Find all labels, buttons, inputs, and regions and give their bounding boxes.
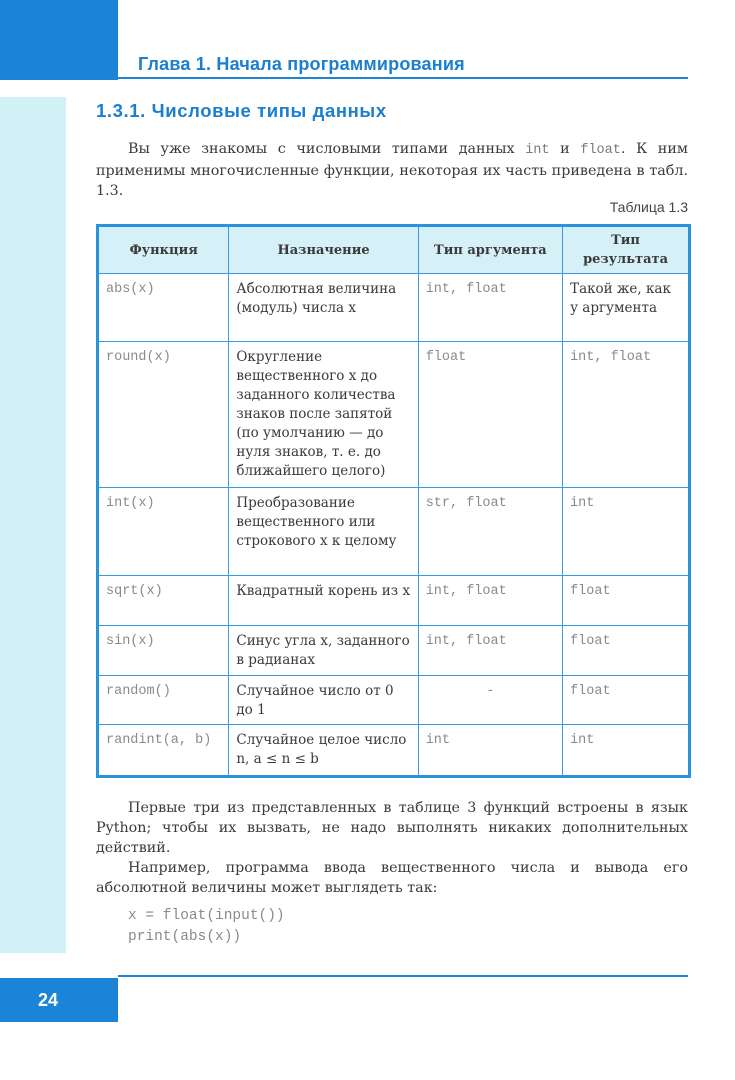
code-line: print(abs(x)) [128,927,285,948]
cell-result-type: float [563,576,690,626]
column-header-result-type: Тип результата [563,226,690,274]
cell-function: random() [98,676,229,725]
table-row: randint(a, b) Случайное целое число n, a… [98,725,690,777]
code-example: x = float(input())print(abs(x)) [128,906,285,948]
cell-purpose: Случайное число от 0 до 1 [229,676,418,725]
cell-function: randint(a, b) [98,725,229,777]
table-row: round(x) Округление вещественного x до з… [98,342,690,488]
cell-arg-type: float [418,342,562,488]
column-header-function: Функция [98,226,229,274]
cell-purpose: Преобразование вещественного или строков… [229,488,418,576]
intro-text: Вы уже знакомы с числовыми типами данных [128,141,525,157]
table-caption: Таблица 1.3 [610,199,688,215]
footer-divider [118,975,688,977]
page-number: 24 [0,978,96,1022]
paragraph-text: Например, программа ввода вещественного … [96,860,688,896]
cell-result-type: int [563,488,690,576]
cell-arg-type: int, float [418,274,562,342]
cell-arg-type: int, float [418,626,562,676]
column-header-purpose: Назначение [229,226,418,274]
cell-arg-type: int, float [418,576,562,626]
inline-code-float: float [580,143,621,158]
cell-purpose: Округление вещественного x до заданного … [229,342,418,488]
cell-purpose: Синус угла x, заданного в радианах [229,626,418,676]
chapter-tab-decoration [0,0,118,80]
cell-result-type: int, float [563,342,690,488]
side-strip-decoration [0,97,66,953]
cell-arg-type: int [418,725,562,777]
table-row: abs(x) Абсолютная величина (модуль) числ… [98,274,690,342]
cell-arg-type: - [418,676,562,725]
intro-text: и [550,141,581,157]
cell-arg-type: str, float [418,488,562,576]
example-paragraph: Например, программа ввода вещественного … [96,858,688,898]
table-row: int(x) Преобразование вещественного или … [98,488,690,576]
cell-function: int(x) [98,488,229,576]
cell-result-type: float [563,626,690,676]
table-row: sin(x) Синус угла x, заданного в радиана… [98,626,690,676]
cell-function: sin(x) [98,626,229,676]
cell-purpose: Случайное целое число n, a ≤ n ≤ b [229,725,418,777]
cell-purpose: Абсолютная величина (модуль) числа x [229,274,418,342]
cell-purpose: Квадратный корень из x [229,576,418,626]
paragraph-text: Первые три из представленных в таблице 3… [96,800,688,856]
code-line: x = float(input()) [128,906,285,927]
section-title: 1.3.1. Числовые типы данных [96,100,387,122]
header-divider [118,77,688,79]
cell-result-type: float [563,676,690,725]
inline-code-int: int [525,143,549,158]
cell-function: sqrt(x) [98,576,229,626]
cell-function: abs(x) [98,274,229,342]
intro-paragraph: Вы уже знакомы с числовыми типами данных… [96,139,688,201]
builtin-functions-paragraph: Первые три из представленных в таблице 3… [96,798,688,858]
cell-function: round(x) [98,342,229,488]
cell-result-type: int [563,725,690,777]
chapter-title: Глава 1. Начала программирования [138,54,465,75]
functions-table: Функция Назначение Тип аргумента Тип рез… [96,224,691,778]
cell-result-type: Такой же, как у аргумента [563,274,690,342]
table-row: sqrt(x) Квадратный корень из x int, floa… [98,576,690,626]
column-header-arg-type: Тип аргумента [418,226,562,274]
table-header-row: Функция Назначение Тип аргумента Тип рез… [98,226,690,274]
table-row: random() Случайное число от 0 до 1 - flo… [98,676,690,725]
